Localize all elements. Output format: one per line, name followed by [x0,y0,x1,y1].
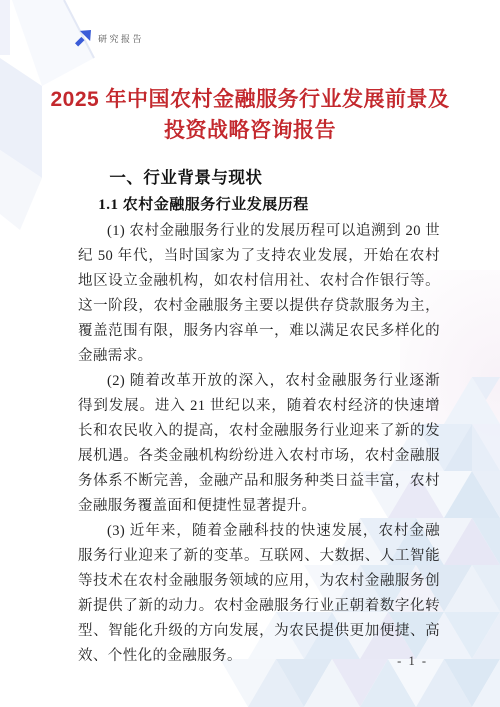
document-body: 一、行业背景与现状 1.1 农村金融服务行业发展历程 (1) 农村金融服务行业的… [78,168,440,669]
page-number: - 1 - [397,654,428,669]
subsection-heading: 1.1 农村金融服务行业发展历程 [78,196,440,215]
brand-label: 研究报告 [98,32,144,45]
page-title-line1: 2025 年中国农村金融服务行业发展前景及 [40,84,460,115]
body-paragraph-1: (1) 农村金融服务行业的发展历程可以追溯到 20 世纪 50 年代，当时国家为… [78,219,440,369]
page-title: 2025 年中国农村金融服务行业发展前景及 投资战略咨询报告 [40,84,460,146]
body-paragraph-2: (2) 随着改革开放的深入，农村金融服务行业逐渐得到发展。进入 21 世纪以来，… [78,369,440,519]
page-title-line2: 投资战略咨询报告 [40,115,460,146]
arrow-logo-icon [74,30,91,47]
section-heading: 一、行业背景与现状 [78,168,440,188]
body-paragraph-3: (3) 近年来，随着金融科技的快速发展，农村金融服务行业迎来了新的变革。互联网、… [78,519,440,669]
page-header: 研究报告 [74,30,144,47]
report-page: 研究报告 2025 年中国农村金融服务行业发展前景及 投资战略咨询报告 一、行业… [0,0,500,707]
